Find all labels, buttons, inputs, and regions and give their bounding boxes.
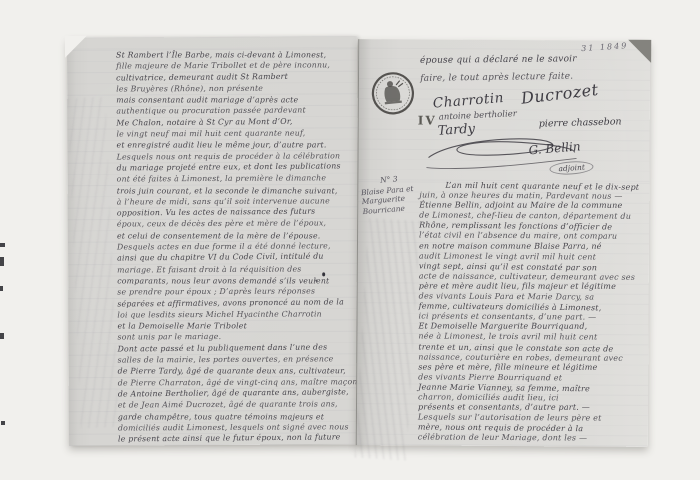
signature-groom-charrotin: Charrotin <box>432 90 504 112</box>
act-continuation-lines: épouse qui a déclaré ne le savoirfaire, … <box>420 49 648 87</box>
manuscript-line: faire, le tout après lecture faite. <box>420 67 648 88</box>
manuscript-line: salles de la mairie, les portes ouvertes… <box>118 353 360 366</box>
ink-bleedthrough <box>68 97 119 428</box>
scan-edge-artifact <box>0 257 4 266</box>
manuscript-line: époux, ceux de décès des père et mère de… <box>117 218 359 231</box>
manuscript-line: célébration de leur Mariage, dont les — <box>418 433 648 444</box>
register-left-page: St Rambert l’Île Barbe, mais ci-devant à… <box>67 36 359 446</box>
manuscript-line: les Bruyères (Rhône), non présente <box>116 82 358 95</box>
manuscript-line: le présent acte ainsi que le futur époux… <box>118 431 360 445</box>
scan-edge-artifact <box>1 421 5 425</box>
revenue-stamp-seal <box>369 69 417 117</box>
left-page-manuscript: St Rambert l’Île Barbe, mais ci-devant à… <box>116 48 360 445</box>
manuscript-line: ont été faites à Limonest, la première l… <box>117 173 359 186</box>
manuscript-line: le vingt neuf mai mil huit cent quarante… <box>116 127 358 140</box>
scan-edge-artifact <box>0 243 5 247</box>
register-right-page: 31 1849 épouse qui a déclaré ne le savoi… <box>356 39 650 447</box>
manuscript-line: présents et consentants, d’autre part. — <box>418 403 648 413</box>
manuscript-line: née à Limonest, le trois avril mil huit … <box>418 332 648 343</box>
left-page-corner-fold <box>65 36 87 58</box>
scan-edge-artifact <box>0 286 3 291</box>
manuscript-line: et de Jean Aimé Ducrozet, âgé de quarant… <box>118 398 360 411</box>
manuscript-line: en notre maison commune Blaise Parra, né <box>419 241 649 251</box>
manuscript-line: père et mère audit lieu, fils majeur et … <box>419 281 649 291</box>
manuscript-line: ses père et mère, fille mineure et légit… <box>418 362 648 372</box>
ink-bleedthrough <box>354 218 420 461</box>
right-page-manuscript: L’an mil huit cent quarante neuf et le d… <box>418 180 650 444</box>
manuscript-line: mariage. Et faisant droit à la réquisiti… <box>117 263 359 276</box>
document-scan: St Rambert l’Île Barbe, mais ci-devant à… <box>0 0 700 480</box>
scan-edge-artifact <box>0 333 4 339</box>
manuscript-line: Étienne Bellin, adjoint au Maire de la c… <box>419 201 649 211</box>
manuscript-line: loi que lesdits sieurs Michel Hyacinthe … <box>117 308 359 321</box>
signature-bertholier: antoine bertholier <box>439 109 517 123</box>
manuscript-line: Et Demoiselle Marguerite Bourriquand, <box>418 322 648 332</box>
section-number-iv: IV <box>418 113 437 127</box>
